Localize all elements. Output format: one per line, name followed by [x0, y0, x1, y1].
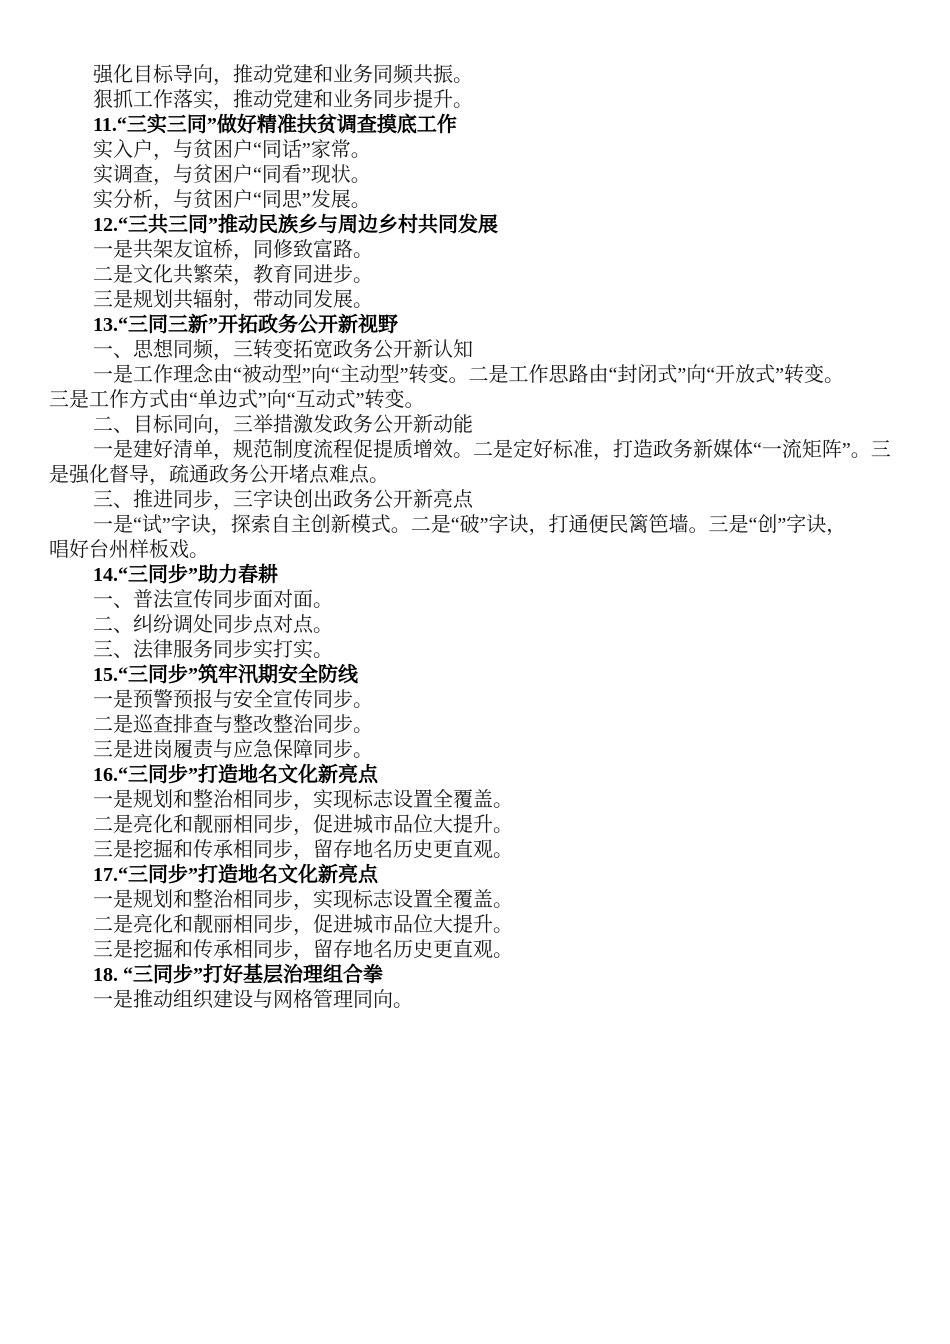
- paragraph-line: 三、推进同步，三字诀创出政务公开新亮点: [49, 488, 926, 513]
- paragraph-line: 实调查，与贫困户“同看”现状。: [49, 163, 926, 188]
- paragraph-line: 一、普法宣传同步面对面。: [49, 588, 926, 613]
- paragraph-line: 二、纠纷调处同步点对点。: [49, 613, 926, 638]
- paragraph-line: 一是规划和整治相同步，实现标志设置全覆盖。: [49, 788, 926, 813]
- paragraph-line: 三是进岗履责与应急保障同步。: [49, 738, 926, 763]
- paragraph-line: 三是工作方式由“单边式”向“互动式”转变。: [49, 388, 926, 413]
- paragraph-line: 二是文化共繁荣，教育同进步。: [49, 263, 926, 288]
- paragraph-line: 一是预警预报与安全宣传同步。: [49, 688, 926, 713]
- paragraph-line: 一是“试”字诀，探索自主创新模式。二是“破”字诀，打通便民篱笆墙。三是“创”字诀…: [49, 513, 926, 538]
- paragraph-line: 二是亮化和靓丽相同步，促进城市品位大提升。: [49, 813, 926, 838]
- paragraph-line: 唱好台州样板戏。: [49, 538, 926, 563]
- document-page: 强化目标导向，推动党建和业务同频共振。狠抓工作落实，推动党建和业务同步提升。11…: [0, 0, 950, 1344]
- heading-line: 16.“三同步”打造地名文化新亮点: [49, 763, 926, 788]
- heading-line: 14.“三同步”助力春耕: [49, 563, 926, 588]
- document-body: 强化目标导向，推动党建和业务同频共振。狠抓工作落实，推动党建和业务同步提升。11…: [0, 0, 950, 1013]
- heading-line: 11.“三实三同”做好精准扶贫调查摸底工作: [49, 113, 926, 138]
- heading-line: 15.“三同步”筑牢汛期安全防线: [49, 663, 926, 688]
- heading-line: 13.“三同三新”开拓政务公开新视野: [49, 313, 926, 338]
- paragraph-line: 一是推动组织建设与网格管理同向。: [49, 988, 926, 1013]
- paragraph-line: 二是巡查排查与整改整治同步。: [49, 713, 926, 738]
- paragraph-line: 二是亮化和靓丽相同步，促进城市品位大提升。: [49, 913, 926, 938]
- paragraph-line: 一是建好清单，规范制度流程促提质增效。二是定好标准，打造政务新媒体“一流矩阵”。…: [49, 438, 926, 463]
- paragraph-line: 二、目标同向，三举措激发政务公开新动能: [49, 413, 926, 438]
- paragraph-line: 一是规划和整治相同步，实现标志设置全覆盖。: [49, 888, 926, 913]
- paragraph-line: 是强化督导，疏通政务公开堵点难点。: [49, 463, 926, 488]
- heading-line: 17.“三同步”打造地名文化新亮点: [49, 863, 926, 888]
- paragraph-line: 一是工作理念由“被动型”向“主动型”转变。二是工作思路由“封闭式”向“开放式”转…: [49, 363, 926, 388]
- paragraph-line: 三是规划共辐射，带动同发展。: [49, 288, 926, 313]
- paragraph-line: 三是挖掘和传承相同步，留存地名历史更直观。: [49, 838, 926, 863]
- paragraph-line: 强化目标导向，推动党建和业务同频共振。: [49, 63, 926, 88]
- paragraph-line: 狠抓工作落实，推动党建和业务同步提升。: [49, 88, 926, 113]
- heading-line: 18. “三同步”打好基层治理组合拳: [49, 963, 926, 988]
- paragraph-line: 实分析，与贫困户“同思”发展。: [49, 188, 926, 213]
- paragraph-line: 实入户，与贫困户“同话”家常。: [49, 138, 926, 163]
- heading-line: 12.“三共三同”推动民族乡与周边乡村共同发展: [49, 213, 926, 238]
- paragraph-line: 三、法律服务同步实打实。: [49, 638, 926, 663]
- paragraph-line: 三是挖掘和传承相同步，留存地名历史更直观。: [49, 938, 926, 963]
- paragraph-line: 一是共架友谊桥，同修致富路。: [49, 238, 926, 263]
- paragraph-line: 一、思想同频，三转变拓宽政务公开新认知: [49, 338, 926, 363]
